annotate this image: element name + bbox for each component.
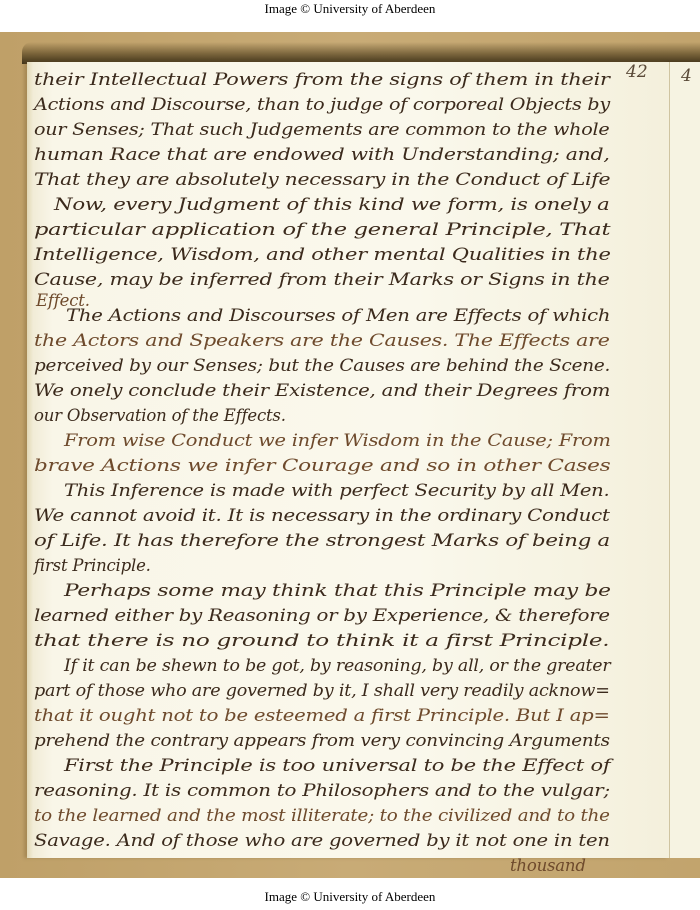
text-line: the Actors and Speakers are the Causes. … — [34, 331, 610, 350]
text-line: Actions and Discourse, than to judge of … — [34, 95, 610, 114]
text-line: Perhaps some may think that this Princip… — [64, 581, 611, 600]
text-line: First the Principle is too universal to … — [64, 756, 610, 775]
text-line: We cannot avoid it. It is necessary in t… — [34, 506, 610, 525]
text-line: Savage. And of those who are governed by… — [34, 831, 610, 850]
text-line: This Inference is made with perfect Secu… — [64, 481, 609, 500]
text-line: human Race that are endowed with Underst… — [34, 145, 610, 164]
text-line: Now, every Judgment of this kind we form… — [54, 195, 610, 214]
copyright-credit-bottom: Image © University of Aberdeen — [0, 889, 700, 905]
text-line: first Principle. — [34, 556, 151, 575]
text-line: If it can be shewn to be got, by reasoni… — [64, 656, 610, 675]
text-line: of Life. It has therefore the strongest … — [34, 531, 610, 550]
facing-page — [669, 62, 700, 858]
text-line: From wise Conduct we infer Wisdom in the… — [64, 431, 611, 450]
catchword: thousand — [510, 856, 586, 875]
text-line: Intelligence, Wisdom, and other mental Q… — [34, 245, 611, 264]
copyright-credit-top: Image © University of Aberdeen — [0, 1, 700, 17]
text-line: That they are absolutely necessary in th… — [34, 170, 610, 189]
text-line: that there is no ground to think it a fi… — [34, 631, 609, 650]
text-line: particular application of the general Pr… — [34, 220, 610, 239]
text-line: our Senses; That such Judgements are com… — [34, 120, 610, 139]
text-line: reasoning. It is common to Philosophers … — [34, 781, 610, 800]
text-line: The Actions and Discourses of Men are Ef… — [66, 306, 610, 325]
page-edge — [27, 62, 33, 858]
page-number: 42 — [626, 62, 648, 82]
text-line: their Intellectual Powers from the signs… — [34, 70, 610, 89]
text-line: Cause, may be inferred from their Marks … — [34, 270, 610, 289]
binding-shadow — [22, 42, 700, 64]
text-line: to the learned and the most illiterate; … — [34, 806, 610, 825]
text-line: perceived by our Senses; but the Causes … — [34, 356, 610, 375]
text-line: part of those who are governed by it, I … — [34, 681, 610, 700]
facing-page-number: 4 — [681, 66, 692, 86]
text-line: We onely conclude their Existence, and t… — [34, 381, 610, 400]
text-line: learned either by Reasoning or by Experi… — [34, 606, 610, 625]
text-line: that it ought not to be esteemed a first… — [34, 706, 610, 725]
text-line: brave Actions we infer Courage and so in… — [34, 456, 610, 475]
text-line: prehend the contrary appears from very c… — [34, 731, 610, 750]
text-line: our Observation of the Effects. — [34, 406, 286, 425]
